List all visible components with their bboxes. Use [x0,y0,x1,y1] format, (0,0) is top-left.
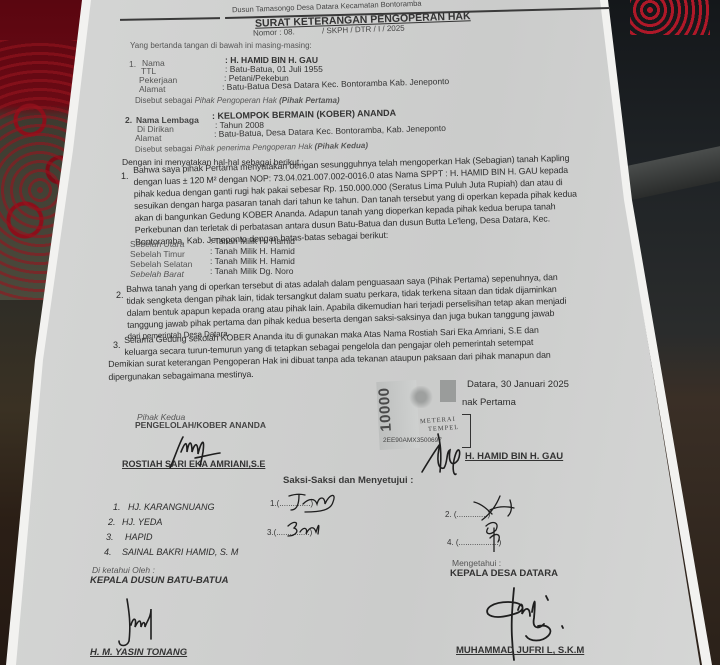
party2-designation: Disebut sebagai Pihak penerima Pengopera… [135,142,368,154]
party2-signer-name: ROSTIAH SARI EKA AMRIANI,S.E [122,460,265,469]
party1-role: nak Pertama [462,398,516,408]
stamp-patch [440,380,456,402]
intro-text: Yang bertanda tangan di bawah ini masing… [130,42,312,50]
point1-paragraph: Bahwa saya pihak Pertama menyatakan deng… [133,152,578,248]
stamp-value: 10000 [376,387,395,432]
place-date: Datara, 30 Januari 2025 [467,380,569,390]
party2-label: Alamat [135,134,161,143]
border-value: : Tanah Milik H. Hamid [210,257,295,266]
village-head-name: MUHAMMAD JUFRI L, S.K.M [456,646,584,656]
dusun-head-signature [115,595,160,650]
party2-org: PENGELOLAH/KOBER ANANDA [135,421,266,430]
nomor-suffix: / SKPH / DTR / I / 2025 [322,25,405,36]
witness-number: 4. [104,548,112,557]
witness-number: 3. [106,533,114,542]
border-side: Sebelah Timur [130,250,185,259]
village-title: KEPALA DESA DATARA [450,569,558,579]
witness-heading: Saksi-Saksi dan Menyetujui : [283,476,413,486]
witness-name: HJ. KARANGNUANG [128,503,215,512]
witness-name: SAINAL BAKRI HAMID, S. M [122,548,238,557]
nomor-label: Nomor : 08. [253,28,295,37]
border-side: Sebelah Selatan [130,260,192,269]
village-label: Mengetahui : [452,559,501,568]
border-side: Sebelah Utara [130,240,184,249]
witness-number: 1. [113,503,121,512]
document: Dusun Tamasongo Desa Datara Kecamatan Bo… [0,0,720,665]
dusun-label: Di ketahui Oleh : [92,566,155,575]
point2-number: 2. [116,291,124,300]
party2-number: 2. [125,116,132,125]
dusun-head-name: H. M. YASIN TONANG [90,648,187,658]
border-value: : Tanah Milik Dg. Noro [210,267,293,276]
kop-divider [120,17,220,20]
border-value: : Tanah Milik H. Hamid [210,237,295,246]
witness-number: 2. [108,518,116,527]
party1-signature [418,432,468,477]
witness2-signature [470,492,520,552]
party1-designation: Disebut sebagai Pihak Pengoperan Hak (Pi… [135,97,340,105]
dusun-title: KEPALA DUSUN BATU-BATUA [90,576,228,586]
witness-name: HJ. YEDA [122,518,162,527]
party1-number: 1. [129,60,136,69]
party1-signer-name: H. HAMID BIN H. GAU [465,452,563,462]
party1-label: Alamat [139,85,165,94]
witness-name: HAPID [125,533,153,542]
border-value: : Tanah Milik H. Hamid [210,247,295,256]
witness3-signature [284,518,324,540]
point3-number: 3. [113,341,121,350]
border-side: Sebelah Barat [130,270,184,279]
garuda-emblem-icon [408,386,434,408]
witness1-signature [285,490,345,515]
point1-number: 1. [121,172,129,181]
